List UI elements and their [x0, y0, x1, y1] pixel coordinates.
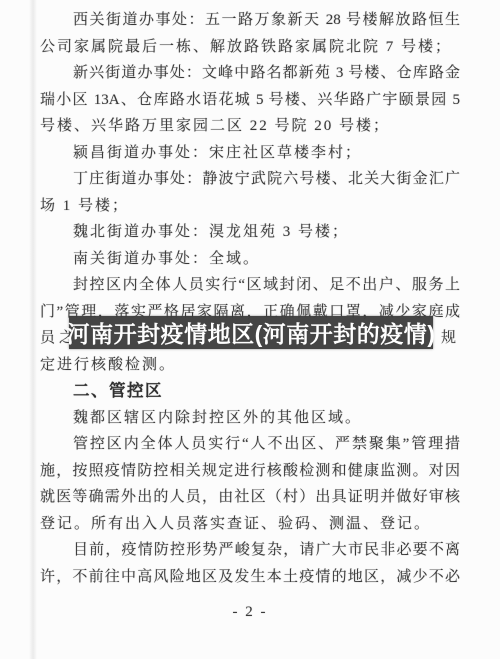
text-line: 场 1 号楼；: [40, 193, 460, 220]
text-line: 就医等确需外出的人员，由社区（村）出具证明并做好审核: [40, 484, 460, 511]
text-line: 新兴街道办事处：文峰中路名都新苑 3 号楼、仓库路金: [40, 60, 460, 87]
page-number: - 2 -: [0, 604, 500, 621]
text-line: 管控区内全体人员实行“人不出区、严禁聚集”管理措: [40, 431, 460, 458]
text-line: 二、管控区: [40, 378, 460, 405]
text-line: 南关街道办事处：全域。: [40, 246, 460, 273]
text-line: 目前，疫情防控形势严峻复杂，请广大市民非必要不离: [40, 537, 460, 564]
text-line: 颍昌街道办事处：宋庄社区草楼李村；: [40, 140, 460, 167]
text-line: 许，不前往中高风险地区及发生本土疫情的地区，减少不必: [40, 564, 460, 591]
text-line: 封控区内全体人员实行“区域封闭、足不出户、服务上: [40, 272, 460, 299]
text-line: 魏都区辖区内除封控区外的其他区域。: [40, 405, 460, 432]
document-body: 西关街道办事处：五一路万象新天 28 号楼解放路恒生公司家属院最后一栋、解放路铁…: [40, 7, 460, 590]
document-page: 西关街道办事处：五一路万象新天 28 号楼解放路恒生公司家属院最后一栋、解放路铁…: [0, 0, 500, 659]
watermark-title: 河南开封疫情地区(河南开封的疫情): [67, 316, 436, 349]
text-line: 登记。所有出入人员落实查证、验码、测温、登记。: [40, 511, 460, 538]
scan-edge-shadow: [29, 0, 37, 659]
text-line: 施，按照疫情防控相关规定进行核酸检测和健康监测。对因: [40, 458, 460, 485]
text-line: 公司家属院最后一栋、解放路铁路家属院北院 7 号楼；: [40, 34, 460, 61]
watermark-banner: 河南开封疫情地区(河南开封的疫情): [69, 316, 433, 349]
text-line: 丁庄街道办事处：静波宁武院六号楼、北关大街金汇广: [40, 166, 460, 193]
text-line: 瑞小区 13A、仓库路水语花城 5 号楼、兴华路广宇颐景园 5: [40, 87, 460, 114]
text-line: 魏北街道办事处：湨龙俎苑 3 号楼；: [40, 219, 460, 246]
text-line: 定进行核酸检测。: [40, 352, 460, 379]
text-line: 西关街道办事处：五一路万象新天 28 号楼解放路恒生: [40, 7, 460, 34]
obscured-text-right: 规: [441, 325, 460, 352]
text-line: 号楼、兴华路万里家园二区 22 号院 20 号楼；: [40, 113, 460, 140]
